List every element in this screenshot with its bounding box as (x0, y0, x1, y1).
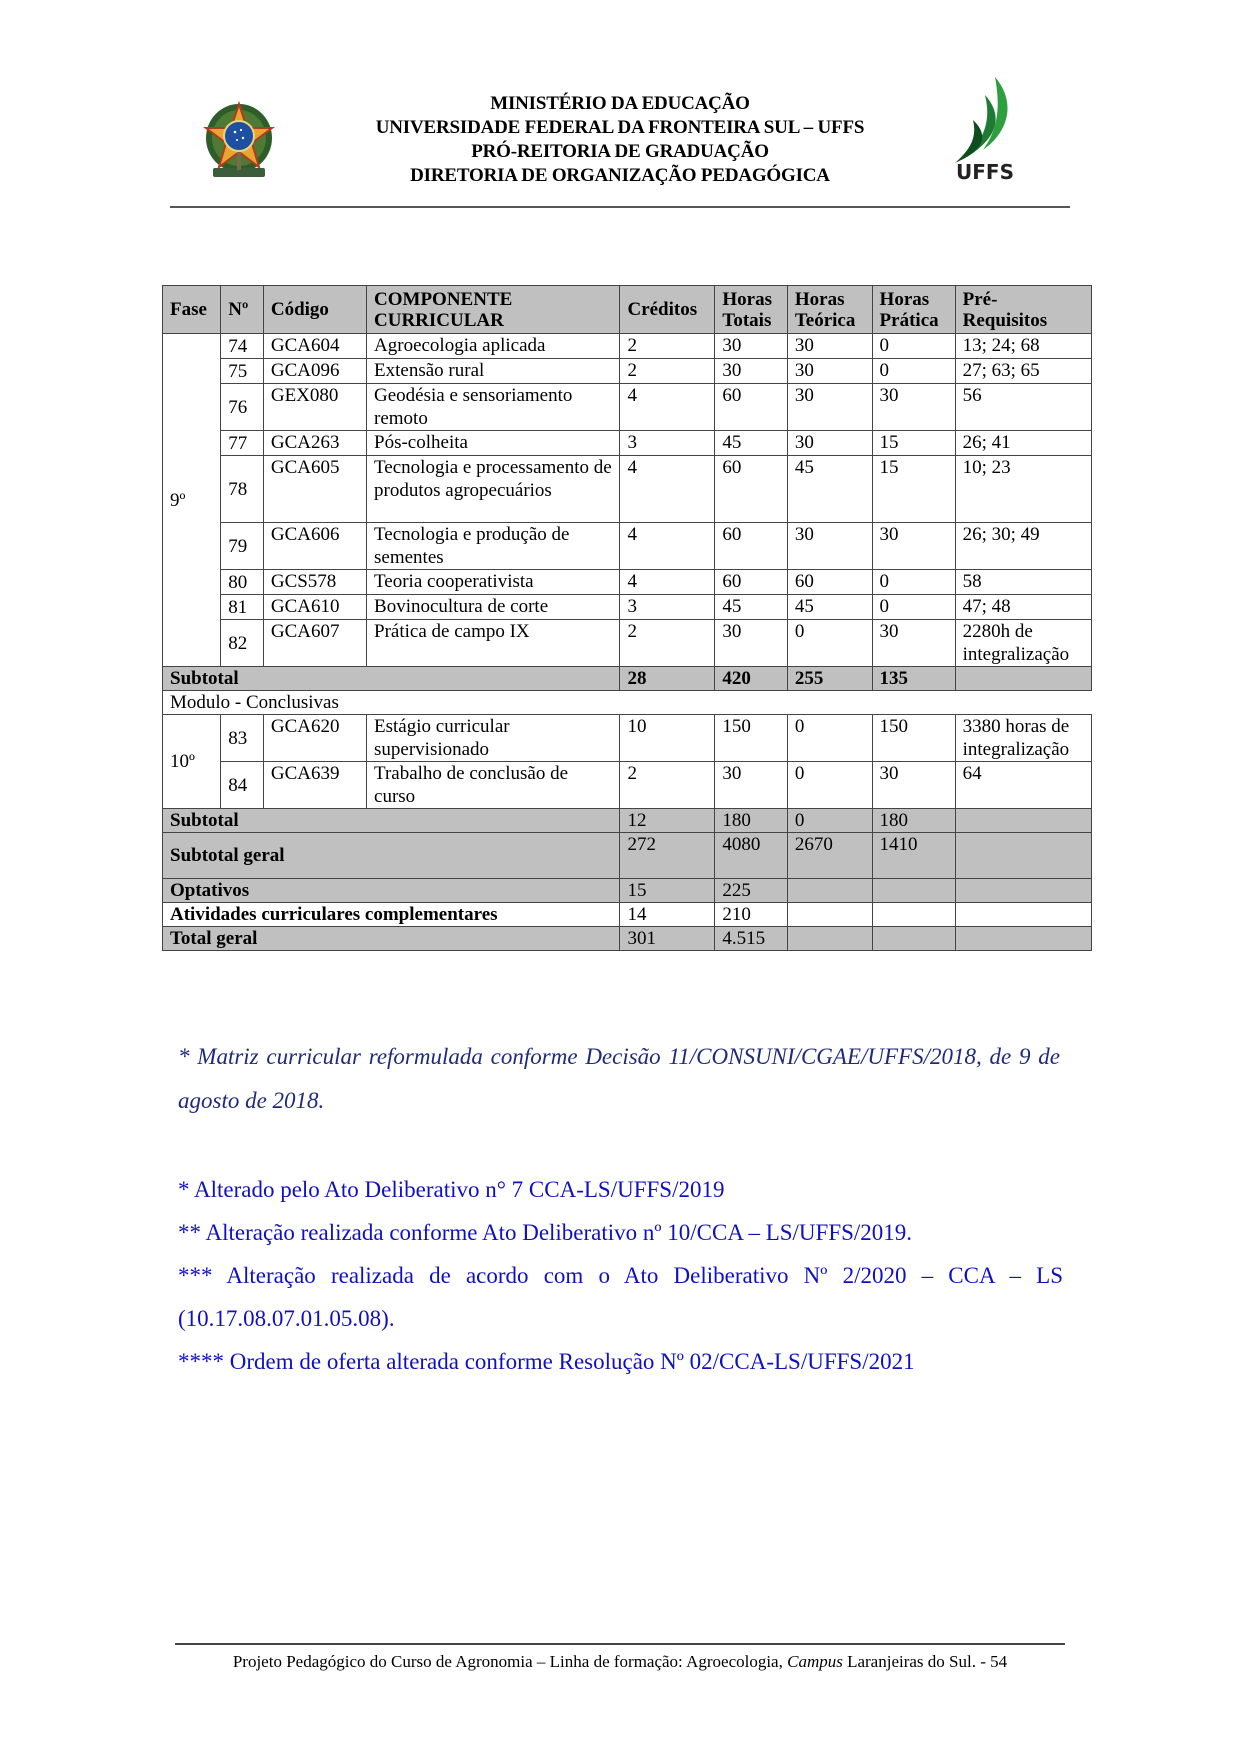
subtotal-horas-totais: 420 (715, 667, 787, 691)
cell-horas-totais: 30 (715, 359, 787, 384)
cell-numero: 80 (221, 570, 264, 595)
cell-horas-pratica: 30 (872, 620, 955, 667)
amendment-note-1: * Alterado pelo Ato Deliberativo n° 7 CC… (178, 1168, 1063, 1211)
cell-horas-totais: 60 (715, 456, 787, 523)
subtotal-geral-pre-requisitos-empty (955, 833, 1091, 879)
cell-pre-requisitos: 3380 horas de integralização (955, 715, 1091, 762)
subtotal-geral-horas-pratica: 1410 (872, 833, 955, 879)
empty-cell (787, 879, 872, 903)
cell-codigo: GCA605 (263, 456, 366, 523)
cell-pre-requisitos: 27; 63; 65 (955, 359, 1091, 384)
cell-horas-totais: 45 (715, 595, 787, 620)
subtotal-creditos: 28 (620, 667, 715, 691)
cell-creditos: 4 (620, 384, 715, 431)
cell-numero: 75 (221, 359, 264, 384)
heading-line-ministry: MINISTÉRIO DA EDUCAÇÃO (300, 92, 940, 116)
cell-creditos: 2 (620, 359, 715, 384)
amendment-notes: * Alterado pelo Ato Deliberativo n° 7 CC… (178, 1168, 1063, 1383)
col-header-horas-teorica: Horas Teórica (787, 286, 872, 334)
cell-codigo: GCA607 (263, 620, 366, 667)
cell-codigo: GCA606 (263, 523, 366, 570)
atividades-horas-totais: 210 (715, 903, 787, 927)
table-row: 80GCS578Teoria cooperativista46060058 (163, 570, 1092, 595)
heading-line-university: UNIVERSIDADE FEDERAL DA FRONTEIRA SUL – … (300, 116, 940, 140)
table-row: 75GCA096Extensão rural23030027; 63; 65 (163, 359, 1092, 384)
page-header: MINISTÉRIO DA EDUCAÇÃO UNIVERSIDADE FEDE… (0, 0, 1241, 210)
cell-horas-totais: 30 (715, 762, 787, 809)
cell-horas-totais: 60 (715, 523, 787, 570)
cell-horas-totais: 30 (715, 620, 787, 667)
total-geral-horas-totais: 4.515 (715, 927, 787, 951)
empty-cell (872, 879, 955, 903)
cell-componente: Pós-colheita (367, 431, 620, 456)
subtotal-label: Subtotal (163, 809, 620, 833)
cell-horas-pratica: 15 (872, 456, 955, 523)
col-header-horas-pratica: Horas Prática (872, 286, 955, 334)
subtotal-row-phase-10: Subtotal 12 180 0 180 (163, 809, 1092, 833)
cell-creditos: 3 (620, 595, 715, 620)
curriculum-reform-note: * Matriz curricular reformulada conforme… (178, 1035, 1060, 1123)
cell-componente: Geodésia e sensoriamento remoto (367, 384, 620, 431)
cell-componente: Trabalho de conclusão de curso (367, 762, 620, 809)
subtotal-pre-requisitos-empty (955, 809, 1091, 833)
phase-9-rows: 9º74GCA604Agroecologia aplicada23030013;… (163, 334, 1092, 667)
col-header-pre-requisitos: Pré- Requisitos (955, 286, 1091, 334)
curriculum-table: Fase Nº Código COMPONENTE CURRICULAR Cré… (162, 285, 1092, 951)
brazil-coat-of-arms-icon (203, 100, 275, 182)
subtotal-horas-teorica: 255 (787, 667, 872, 691)
cell-numero: 76 (221, 384, 264, 431)
cell-horas-pratica: 0 (872, 334, 955, 359)
atividades-creditos: 14 (620, 903, 715, 927)
cell-componente: Agroecologia aplicada (367, 334, 620, 359)
table-row: 84GCA639Trabalho de conclusão de curso23… (163, 762, 1092, 809)
heading-line-pro-rectory: PRÓ-REITORIA DE GRADUAÇÃO (300, 140, 940, 164)
footer-text-end: Laranjeiras do Sul. - 54 (843, 1652, 1007, 1671)
cell-horas-pratica: 30 (872, 762, 955, 809)
cell-componente: Teoria cooperativista (367, 570, 620, 595)
cell-pre-requisitos: 10; 23 (955, 456, 1091, 523)
subtotal-horas-totais: 180 (715, 809, 787, 833)
table-row: 78GCA605Tecnologia e processamento de pr… (163, 456, 1092, 523)
cell-horas-teorica: 0 (787, 715, 872, 762)
cell-pre-requisitos: 26; 30; 49 (955, 523, 1091, 570)
atividades-row: Atividades curriculares complementares 1… (163, 903, 1092, 927)
cell-codigo: GCA096 (263, 359, 366, 384)
col-header-creditos: Créditos (620, 286, 715, 334)
cell-horas-pratica: 0 (872, 570, 955, 595)
optativos-row: Optativos 15 225 (163, 879, 1092, 903)
cell-horas-totais: 60 (715, 570, 787, 595)
amendment-note-3: *** Alteração realizada de acordo com o … (178, 1254, 1063, 1297)
subtotal-pre-requisitos-empty (955, 667, 1091, 691)
empty-cell (955, 927, 1091, 951)
subtotal-geral-horas-totais: 4080 (715, 833, 787, 879)
cell-numero: 77 (221, 431, 264, 456)
cell-horas-teorica: 45 (787, 595, 872, 620)
cell-creditos: 4 (620, 570, 715, 595)
cell-pre-requisitos: 64 (955, 762, 1091, 809)
total-geral-creditos: 301 (620, 927, 715, 951)
cell-horas-totais: 45 (715, 431, 787, 456)
cell-codigo: GCA620 (263, 715, 366, 762)
cell-horas-totais: 30 (715, 334, 787, 359)
cell-componente: Prática de campo IX (367, 620, 620, 667)
col-header-numero: Nº (221, 286, 264, 334)
cell-horas-teorica: 60 (787, 570, 872, 595)
empty-cell (955, 879, 1091, 903)
subtotal-horas-teorica: 0 (787, 809, 872, 833)
table-row: 79GCA606Tecnologia e produção de semente… (163, 523, 1092, 570)
cell-numero: 79 (221, 523, 264, 570)
cell-numero: 82 (221, 620, 264, 667)
cell-horas-pratica: 150 (872, 715, 955, 762)
subtotal-label: Subtotal (163, 667, 620, 691)
cell-creditos: 2 (620, 620, 715, 667)
table-row: 76GEX080Geodésia e sensoriamento remoto4… (163, 384, 1092, 431)
optativos-label: Optativos (163, 879, 620, 903)
col-header-fase: Fase (163, 286, 221, 334)
cell-numero: 78 (221, 456, 264, 523)
cell-horas-teorica: 30 (787, 523, 872, 570)
amendment-note-4: **** Ordem de oferta alterada conforme R… (178, 1340, 1063, 1383)
svg-text:UFFS: UFFS (956, 160, 1014, 184)
col-header-componente: COMPONENTE CURRICULAR (367, 286, 620, 334)
table-row: 9º74GCA604Agroecologia aplicada23030013;… (163, 334, 1092, 359)
cell-codigo: GCA610 (263, 595, 366, 620)
cell-horas-pratica: 0 (872, 359, 955, 384)
cell-creditos: 10 (620, 715, 715, 762)
cell-pre-requisitos: 13; 24; 68 (955, 334, 1091, 359)
cell-horas-pratica: 30 (872, 523, 955, 570)
col-header-horas-totais: Horas Totais (715, 286, 787, 334)
page-footer: Projeto Pedagógico do Curso de Agronomia… (175, 1652, 1065, 1672)
cell-horas-teorica: 30 (787, 359, 872, 384)
empty-cell (872, 927, 955, 951)
total-geral-row: Total geral 301 4.515 (163, 927, 1092, 951)
total-geral-label: Total geral (163, 927, 620, 951)
cell-numero: 74 (221, 334, 264, 359)
table-row: 10º83GCA620Estágio curricular supervisio… (163, 715, 1092, 762)
cell-creditos: 3 (620, 431, 715, 456)
col-header-codigo: Código (263, 286, 366, 334)
cell-componente: Extensão rural (367, 359, 620, 384)
cell-pre-requisitos: 26; 41 (955, 431, 1091, 456)
cell-horas-teorica: 0 (787, 620, 872, 667)
cell-horas-teorica: 30 (787, 334, 872, 359)
heading-line-directorate: DIRETORIA DE ORGANIZAÇÃO PEDAGÓGICA (300, 164, 940, 188)
cell-creditos: 2 (620, 334, 715, 359)
footer-campus-italic: Campus (787, 1652, 843, 1671)
subtotal-row-phase-9: Subtotal 28 420 255 135 (163, 667, 1092, 691)
cell-pre-requisitos: 56 (955, 384, 1091, 431)
cell-componente: Tecnologia e produção de sementes (367, 523, 620, 570)
phase-10-rows: 10º83GCA620Estágio curricular supervisio… (163, 715, 1092, 809)
subtotal-horas-pratica: 135 (872, 667, 955, 691)
subtotal-horas-pratica: 180 (872, 809, 955, 833)
cell-codigo: GCA604 (263, 334, 366, 359)
table-header-row: Fase Nº Código COMPONENTE CURRICULAR Cré… (163, 286, 1092, 334)
subtotal-creditos: 12 (620, 809, 715, 833)
cell-codigo: GCA263 (263, 431, 366, 456)
cell-horas-teorica: 30 (787, 384, 872, 431)
cell-horas-pratica: 15 (872, 431, 955, 456)
phase-label: 9º (163, 334, 221, 667)
amendment-note-3-cont: (10.17.08.07.01.05.08). (178, 1297, 1063, 1340)
cell-horas-totais: 60 (715, 384, 787, 431)
empty-cell (872, 903, 955, 927)
cell-horas-teorica: 30 (787, 431, 872, 456)
institution-heading: MINISTÉRIO DA EDUCAÇÃO UNIVERSIDADE FEDE… (300, 92, 940, 188)
cell-numero: 83 (221, 715, 264, 762)
subtotal-geral-creditos: 272 (620, 833, 715, 879)
subtotal-geral-label: Subtotal geral (163, 833, 620, 879)
uffs-logo-icon: UFFS (945, 75, 1025, 185)
table-row: 77GCA263Pós-colheita345301526; 41 (163, 431, 1092, 456)
footer-text: Projeto Pedagógico do Curso de Agronomia… (233, 1652, 787, 1671)
cell-codigo: GCA639 (263, 762, 366, 809)
atividades-label: Atividades curriculares complementares (163, 903, 620, 927)
cell-pre-requisitos: 2280h de integralização (955, 620, 1091, 667)
cell-horas-totais: 150 (715, 715, 787, 762)
empty-cell (955, 903, 1091, 927)
cell-horas-pratica: 0 (872, 595, 955, 620)
amendment-note-2: ** Alteração realizada conforme Ato Deli… (178, 1211, 1063, 1254)
subtotal-geral-row: Subtotal geral 272 4080 2670 1410 (163, 833, 1092, 879)
cell-horas-pratica: 30 (872, 384, 955, 431)
empty-cell (787, 903, 872, 927)
cell-horas-teorica: 0 (787, 762, 872, 809)
cell-componente: Tecnologia e processamento de produtos a… (367, 456, 620, 523)
subtotal-geral-horas-teorica: 2670 (787, 833, 872, 879)
header-divider (170, 206, 1070, 208)
cell-creditos: 4 (620, 456, 715, 523)
cell-horas-teorica: 45 (787, 456, 872, 523)
cell-creditos: 2 (620, 762, 715, 809)
cell-pre-requisitos: 47; 48 (955, 595, 1091, 620)
cell-componente: Estágio curricular supervisionado (367, 715, 620, 762)
empty-cell (787, 927, 872, 951)
table-row: 81GCA610Bovinocultura de corte34545047; … (163, 595, 1092, 620)
module-caption-row: Modulo - Conclusivas (163, 691, 1092, 715)
table-row: 82GCA607Prática de campo IX2300302280h d… (163, 620, 1092, 667)
phase-label: 10º (163, 715, 221, 809)
module-caption: Modulo - Conclusivas (163, 691, 1092, 715)
optativos-creditos: 15 (620, 879, 715, 903)
cell-numero: 84 (221, 762, 264, 809)
cell-componente: Bovinocultura de corte (367, 595, 620, 620)
cell-numero: 81 (221, 595, 264, 620)
cell-codigo: GCS578 (263, 570, 366, 595)
cell-pre-requisitos: 58 (955, 570, 1091, 595)
cell-creditos: 4 (620, 523, 715, 570)
optativos-horas-totais: 225 (715, 879, 787, 903)
footer-divider (175, 1643, 1065, 1645)
cell-codigo: GEX080 (263, 384, 366, 431)
